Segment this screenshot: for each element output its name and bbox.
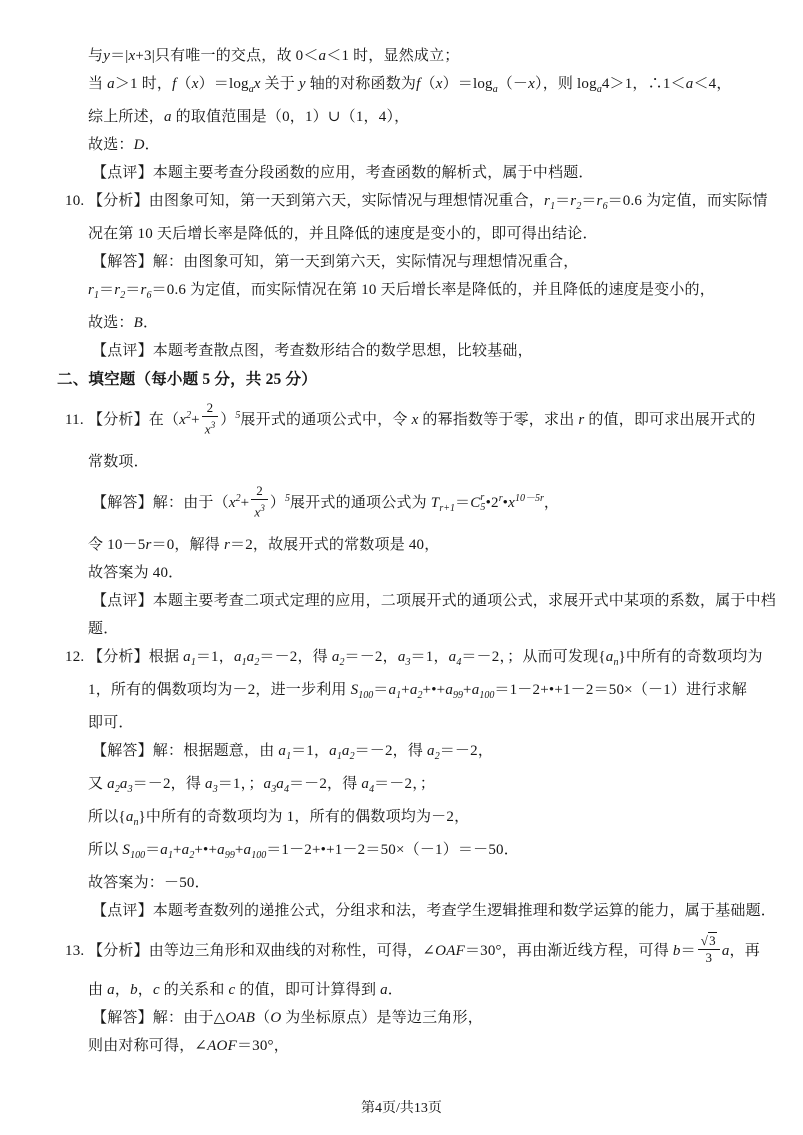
text-line: 由 a，b，c 的关系和 c 的值，即可计算得到 a． [88, 977, 795, 1005]
radical: √3 [701, 932, 717, 948]
text-line: 【解答】解：根据题意，由 a1＝1，a1a2＝－2，得 a2＝－2， [92, 738, 795, 771]
text-line: 当 a＞1 时，f（x）＝logax 关于 y 轴的对称函数为f（x）＝loga… [88, 70, 795, 103]
text-line: 令 10－5r＝0，解得 r＝2，故展开式的常数项是 40， [88, 532, 795, 560]
text-line: 【点评】本题主要考查二项式定理的应用，二项展开式的通项公式，求展开式中某项的系数… [92, 588, 795, 616]
text-line: 【点评】本题主要考查分段函数的应用，考查函数的解析式，属于中档题． [92, 159, 795, 187]
text-line: 与y＝|x+3|只有唯一的交点，故 0＜a＜1 时，显然成立； [88, 42, 795, 70]
text-line: 又 a2a3＝－2，得 a3＝1，；a3a4＝－2，得 a4＝－2，； [88, 771, 795, 804]
text-line: r1＝r2＝r6＝0.6 为定值，而实际情况在第 10 天后增长率是降低的，并且… [88, 276, 795, 309]
binomial-sub-sup: r5 [480, 493, 485, 513]
text-line: 1，所有的偶数项均为－2，进一步利用 S100＝a1+a2+•+a99+a100… [88, 677, 795, 710]
question-number: 13. [65, 943, 88, 960]
text-line: 10.【分析】由图象可知，第一天到第六天，实际情况与理想情况重合，r1＝r2＝r… [65, 187, 795, 220]
text-line: 况在第 10 天后增长率是降低的，并且降低的速度是变小的，即可得出结论． [88, 220, 795, 248]
fraction: 2x3 [251, 483, 267, 520]
text-line: 【点评】本题考查散点图，考查数形结合的数学思想，比较基础， [92, 337, 795, 365]
text-line: 所以 S100＝a1+a2+•+a99+a100＝1－2+•+1－2＝50×（－… [88, 837, 795, 870]
text-line: 【解答】解：由于（x2+2x3）5展开式的通项公式为 Tr+1＝Cr5•2r•x… [92, 476, 795, 531]
text-line: 13.【分析】由等边三角形和双曲线的对称性，可得，∠OAF＝30°，再由渐近线方… [65, 926, 795, 977]
text-line: 故选：D． [88, 131, 795, 159]
text-line: 【解答】解：由图象可知，第一天到第六天，实际情况与理想情况重合， [92, 248, 795, 276]
text-line: 【解答】解：由于△OAB（O 为坐标原点）是等边三角形， [92, 1005, 795, 1033]
text-line: 所以{an}中所有的奇数项均为 1，所有的偶数项均为－2， [88, 804, 795, 837]
text-line: 12.【分析】根据 a1＝1，a1a2＝－2，得 a2＝－2，a3＝1，a4＝－… [65, 644, 795, 677]
exam-solution-page: { "page": { "footer": "第4页/共13页", "lines… [0, 0, 803, 1135]
text-line: 常数项． [88, 448, 795, 476]
question-number: 11. [65, 412, 88, 429]
fraction: √33 [698, 933, 720, 966]
text-line: 11.【分析】在（x2+2x3）5展开式的通项公式中，令 x 的幂指数等于零，求… [65, 393, 795, 448]
text-line: 【点评】本题考查数列的递推公式，分组求和法，考查学生逻辑推理和数学运算的能力，属… [92, 898, 795, 926]
text-line: 即可． [88, 710, 795, 738]
text-line: 故选：B． [88, 309, 795, 337]
section-heading: 二、填空题（每小题 5 分，共 25 分） [57, 365, 795, 393]
document-body: 与y＝|x+3|只有唯一的交点，故 0＜a＜1 时，显然成立；当 a＞1 时，f… [0, 42, 795, 1061]
question-number: 12. [65, 649, 88, 666]
text-line: 则由对称可得，∠AOF＝30°， [88, 1033, 795, 1061]
text-line: 故答案为：－50． [88, 870, 795, 898]
page-footer: 第4页/共13页 [0, 1097, 803, 1117]
text-line: 题． [88, 616, 795, 644]
text-line: 故答案为 40． [88, 560, 795, 588]
fraction: 2x3 [202, 400, 218, 437]
question-number: 10. [65, 193, 88, 210]
text-line: 综上所述，a 的取值范围是（0，1）∪（1，4）， [88, 103, 795, 131]
